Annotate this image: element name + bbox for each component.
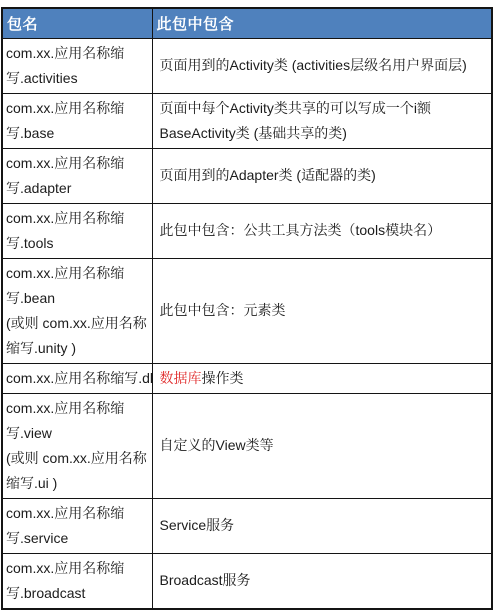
package-name-cell: com.xx.应用名称缩 写.view (或则 com.xx.应用名称 缩写.u… xyxy=(2,393,152,498)
package-name-cell: com.xx.应用名称缩 写.base xyxy=(2,93,152,148)
contents-text: 操作类 xyxy=(202,370,244,386)
table-row: com.xx.应用名称缩写.db数据库操作类 xyxy=(2,363,492,393)
header-cell-package-contents: 此包中包含 xyxy=(152,8,492,38)
table-row: com.xx.应用名称缩 写.bean (或则 com.xx.应用名称 缩写.u… xyxy=(2,258,492,363)
package-contents-cell: Broadcast服务 xyxy=(152,553,492,609)
header-cell-package-name: 包名 xyxy=(2,8,152,38)
package-contents-cell: 页面用到的Activity类 (activities层级名用户界面层) xyxy=(152,38,492,93)
header-row: 包名 此包中包含 xyxy=(2,8,492,38)
package-name-cell: com.xx.应用名称缩 写.adapter xyxy=(2,148,152,203)
table-body: com.xx.应用名称缩 写.activities页面用到的Activity类 … xyxy=(2,38,492,609)
package-contents-cell: 此包中包含：公共工具方法类（tools模块名） xyxy=(152,203,492,258)
package-contents-cell: 页面用到的Adapter类 (适配器的类) xyxy=(152,148,492,203)
package-name-cell: com.xx.应用名称缩 写.bean (或则 com.xx.应用名称 缩写.u… xyxy=(2,258,152,363)
table-row: com.xx.应用名称缩 写.serviceService服务 xyxy=(2,498,492,553)
package-table: 包名 此包中包含 com.xx.应用名称缩 写.activities页面用到的A… xyxy=(1,7,493,610)
package-contents-cell: 数据库操作类 xyxy=(152,363,492,393)
table-header: 包名 此包中包含 xyxy=(2,8,492,38)
package-name-cell: com.xx.应用名称缩 写.tools xyxy=(2,203,152,258)
table-row: com.xx.应用名称缩 写.adapter页面用到的Adapter类 (适配器… xyxy=(2,148,492,203)
package-name-cell: com.xx.应用名称缩 写.activities xyxy=(2,38,152,93)
red-highlighted-text: 数据库 xyxy=(160,370,202,386)
package-contents-cell: 页面中每个Activity类共享的可以写成一个i额 BaseActivity类 … xyxy=(152,93,492,148)
table-row: com.xx.应用名称缩 写.base页面中每个Activity类共享的可以写成… xyxy=(2,93,492,148)
table-row: com.xx.应用名称缩 写.broadcastBroadcast服务 xyxy=(2,553,492,609)
table-row: com.xx.应用名称缩 写.tools此包中包含：公共工具方法类（tools模… xyxy=(2,203,492,258)
package-name-cell: com.xx.应用名称缩写.db xyxy=(2,363,152,393)
package-contents-cell: 自定义的View类等 xyxy=(152,393,492,498)
package-contents-cell: 此包中包含：元素类 xyxy=(152,258,492,363)
table-row: com.xx.应用名称缩 写.activities页面用到的Activity类 … xyxy=(2,38,492,93)
page: 包名 此包中包含 com.xx.应用名称缩 写.activities页面用到的A… xyxy=(0,0,495,598)
table-row: com.xx.应用名称缩 写.view (或则 com.xx.应用名称 缩写.u… xyxy=(2,393,492,498)
package-contents-cell: Service服务 xyxy=(152,498,492,553)
package-name-cell: com.xx.应用名称缩 写.broadcast xyxy=(2,553,152,609)
package-name-cell: com.xx.应用名称缩 写.service xyxy=(2,498,152,553)
